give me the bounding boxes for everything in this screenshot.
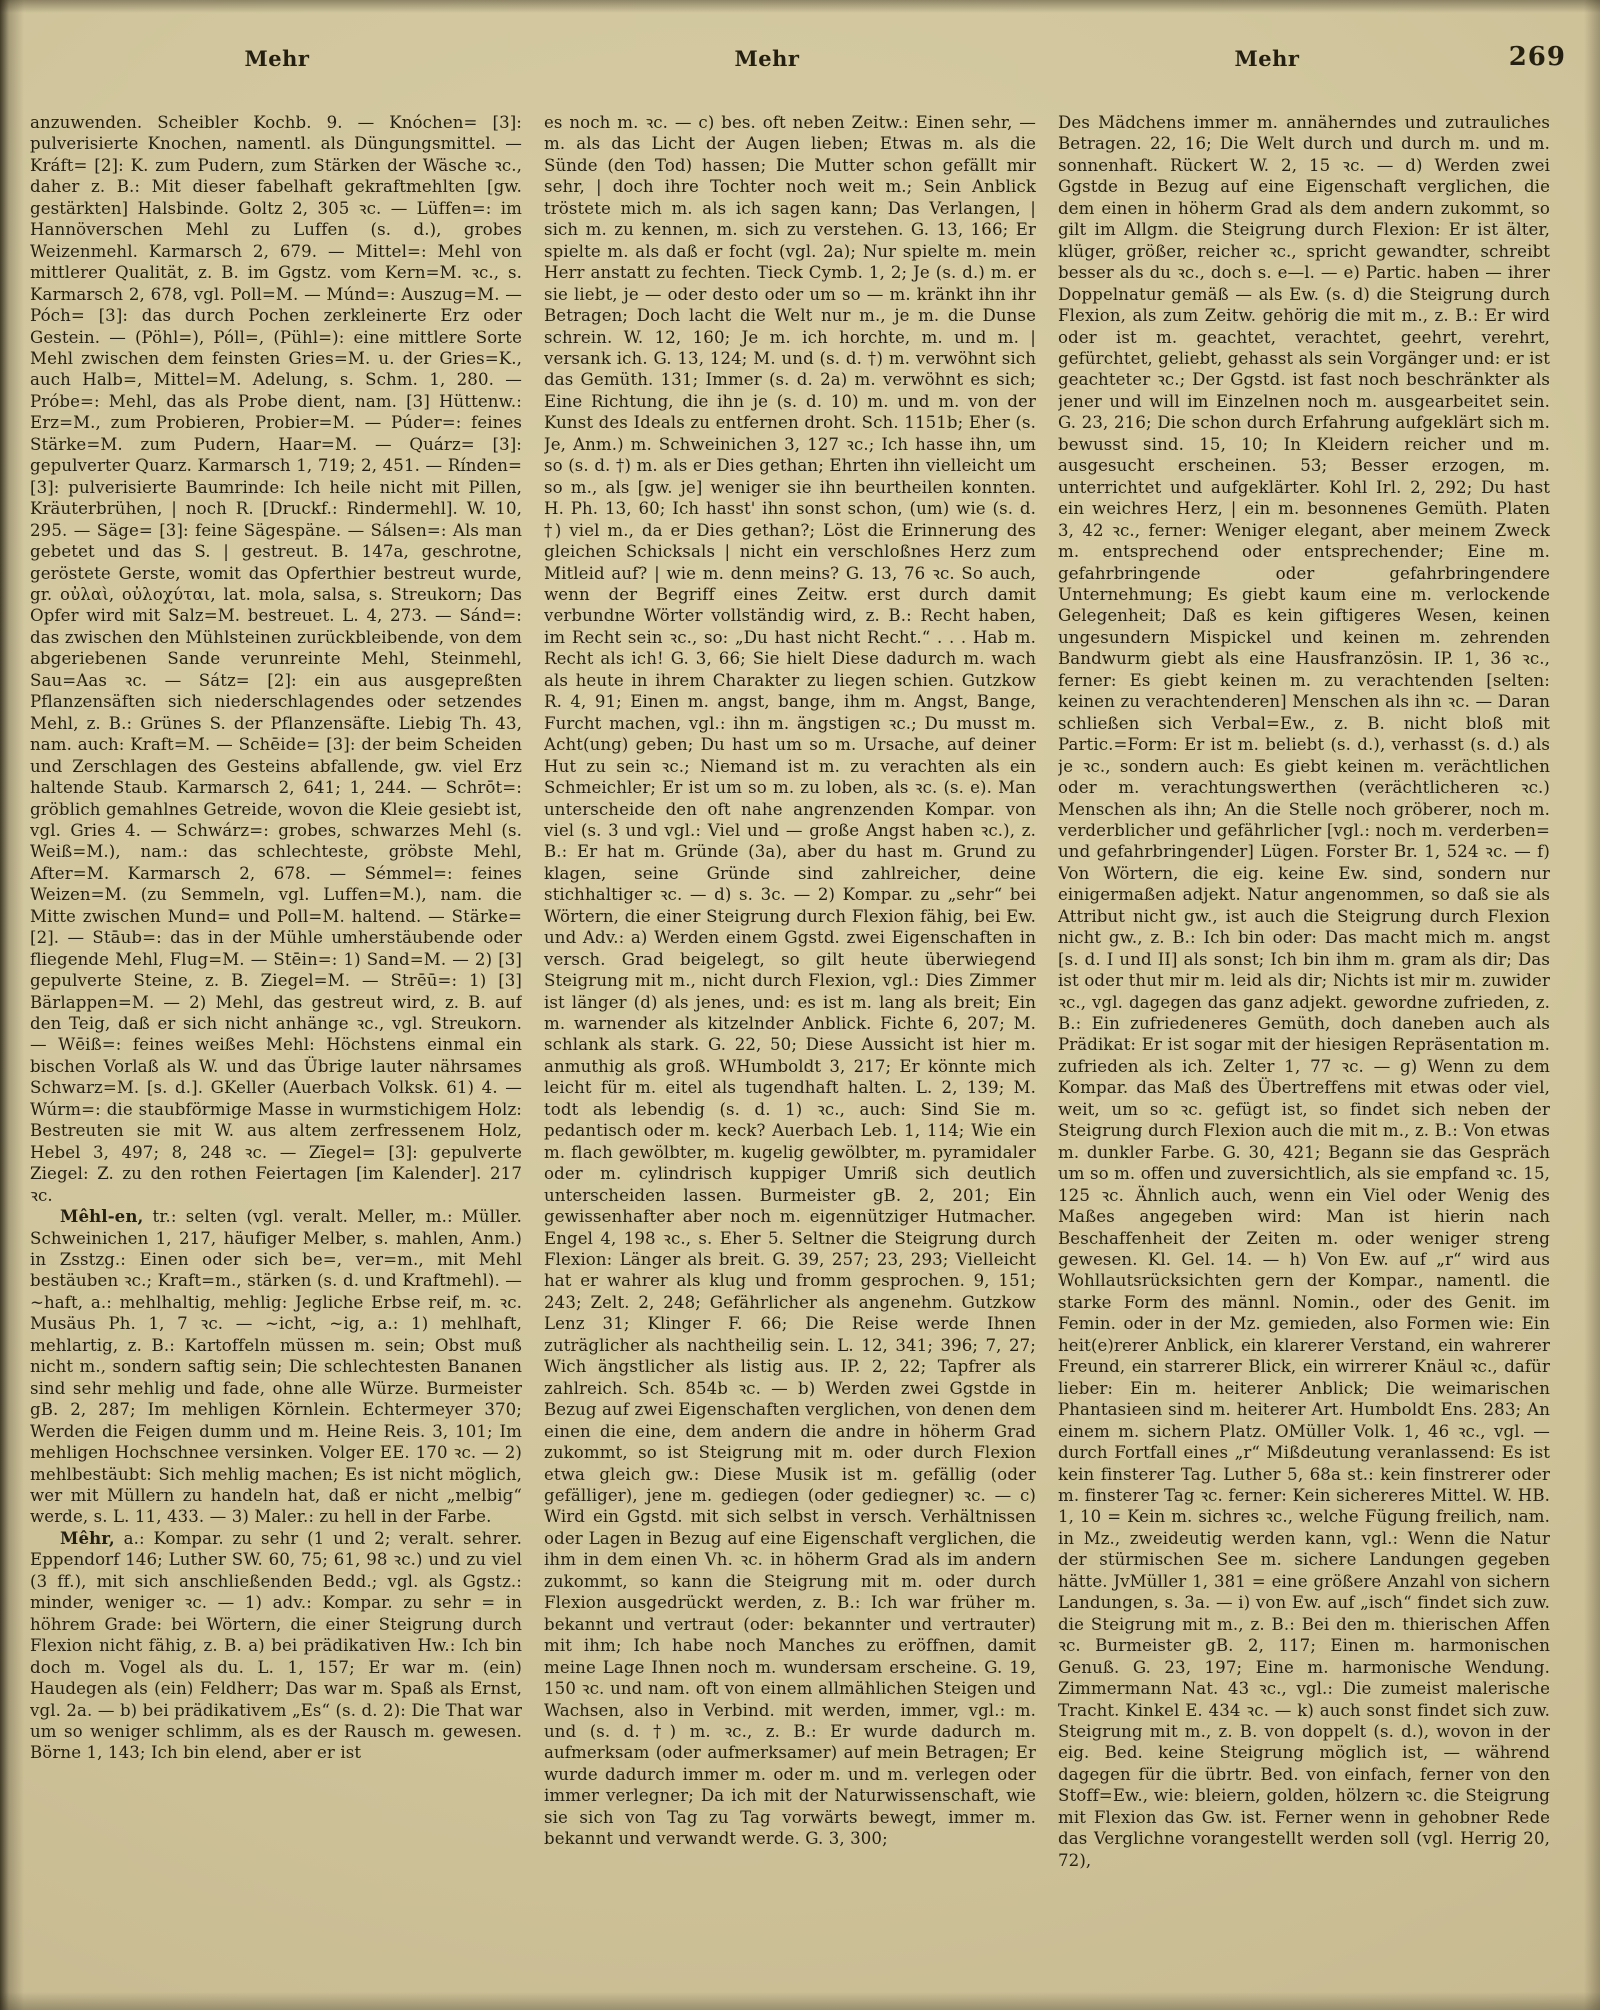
paragraph-text: tr.: selten (vgl. veralt. Meller, m.: Mü…: [30, 1207, 522, 1526]
running-head-center: Mehr: [667, 46, 867, 71]
paragraph-text: anzuwenden. Scheibler Kochb. 9. — Knóche…: [30, 113, 522, 1205]
paragraph-text: es noch m. ꝛc. — c) bes. oft neben Zeitw…: [544, 113, 1036, 1848]
entry-headword: Mêhl-en,: [60, 1206, 143, 1226]
running-head-right: Mehr: [1167, 46, 1367, 71]
column-2: es noch m. ꝛc. — c) bes. oft neben Zeitw…: [544, 112, 1036, 1880]
paragraph-continuation: Des Mädchens immer m. annäherndes und zu…: [1058, 112, 1550, 1871]
column-3: Des Mädchens immer m. annäherndes und zu…: [1058, 112, 1550, 1880]
page-header: Mehr Mehr Mehr 269: [0, 0, 1600, 100]
paragraph-continuation: es noch m. ꝛc. — c) bes. oft neben Zeitw…: [544, 112, 1036, 1850]
scanned-dictionary-page: Mehr Mehr Mehr 269 anzuwenden. Scheibler…: [0, 0, 1600, 2010]
entry-mehlen: Mêhl-en, tr.: selten (vgl. veralt. Melle…: [30, 1206, 522, 1528]
running-head-left: Mehr: [177, 46, 377, 71]
entry-headword: Mêhr,: [60, 1528, 115, 1548]
column-1: anzuwenden. Scheibler Kochb. 9. — Knóche…: [30, 112, 522, 1880]
paragraph-text: Des Mädchens immer m. annäherndes und zu…: [1058, 113, 1550, 1870]
text-columns: anzuwenden. Scheibler Kochb. 9. — Knóche…: [30, 112, 1550, 1880]
paragraph-continuation: anzuwenden. Scheibler Kochb. 9. — Knóche…: [30, 112, 522, 1206]
paragraph-text: a.: Kompar. zu sehr (1 und 2; veralt. se…: [30, 1529, 522, 1763]
page-number: 269: [1509, 42, 1566, 72]
entry-mehr: Mêhr, a.: Kompar. zu sehr (1 und 2; vera…: [30, 1528, 522, 1764]
